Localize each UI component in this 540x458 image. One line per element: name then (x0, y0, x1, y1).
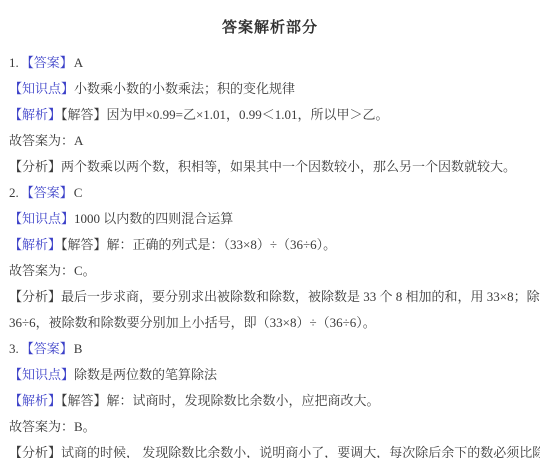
knowledge-tag: 【知识点】 (9, 367, 74, 382)
page-title: 答案解析部分 (0, 0, 540, 36)
solution-text: 解：试商时，发现除数比余数小，应把商改大。 (107, 393, 380, 408)
question-number: 1. (9, 55, 19, 70)
solution-tag: 【解答】 (61, 237, 107, 252)
discussion-line: 【分析】两个数乘以两个数，积相等，如果其中一个因数较小，那么另一个因数就较大。 (9, 154, 536, 180)
conclusion-line: 故答案为：B。 (9, 414, 536, 440)
discussion-text: 最后一步求商，要分别求出被除数和除数，被除数是 33 个 8 相加的和，用 33… (61, 289, 540, 304)
solution-line: 【解析】【解答】解：正确的列式是：（33×8）÷（36÷6）。 (9, 232, 536, 258)
solution-tag: 【解答】 (61, 393, 107, 408)
solution-text: 解：正确的列式是：（33×8）÷（36÷6）。 (107, 237, 337, 252)
discussion-tag: 【分析】 (9, 159, 61, 174)
answer-tag: 【答案】 (21, 341, 73, 356)
answer-line: 1.【答案】A (9, 50, 536, 76)
solution-line: 【解析】【解答】解：试商时，发现除数比余数小，应把商改大。 (9, 388, 536, 414)
knowledge-text: 小数乘小数的小数乘法；积的变化规律 (74, 81, 295, 96)
discussion-tag: 【分析】 (9, 289, 61, 304)
answer-line: 2.【答案】C (9, 180, 536, 206)
knowledge-text: 除数是两位数的笔算除法 (74, 367, 217, 382)
solution-text: 因为甲×0.99=乙×1.01，0.99＜1.01，所以甲＞乙。 (107, 107, 389, 122)
discussion-tag: 【分析】 (9, 445, 61, 458)
answer-value: B (74, 341, 83, 356)
discussion-text: 试商的时候， 发现除数比余数小，说明商小了，要调大，每次除后余下的数必须比除数小… (61, 445, 540, 458)
knowledge-line: 【知识点】除数是两位数的笔算除法 (9, 362, 536, 388)
conclusion-line: 故答案为：A (9, 128, 536, 154)
solution-line: 【解析】【解答】因为甲×0.99=乙×1.01，0.99＜1.01，所以甲＞乙。 (9, 102, 536, 128)
answer-value: C (74, 185, 83, 200)
discussion-text: 两个数乘以两个数，积相等，如果其中一个因数较小，那么另一个因数就较大。 (61, 159, 516, 174)
answer-tag: 【答案】 (21, 185, 73, 200)
question-number: 3. (9, 341, 19, 356)
question-number: 2. (9, 185, 19, 200)
analysis-tag: 【解析】 (9, 107, 61, 122)
document-body: 1.【答案】A 【知识点】小数乘小数的小数乘法；积的变化规律 【解析】【解答】因… (0, 50, 540, 458)
analysis-tag: 【解析】 (9, 393, 61, 408)
answer-line: 3.【答案】B (9, 336, 536, 362)
solution-tag: 【解答】 (61, 107, 107, 122)
discussion-line: 【分析】试商的时候， 发现除数比余数小，说明商小了，要调大，每次除后余下的数必须… (9, 440, 536, 458)
discussion-continuation-line: 36÷6，被除数和除数要分别加上小括号，即（33×8）÷（36÷6）。 (9, 310, 536, 336)
conclusion-line: 故答案为：C。 (9, 258, 536, 284)
answer-value: A (74, 55, 83, 70)
analysis-tag: 【解析】 (9, 237, 61, 252)
knowledge-tag: 【知识点】 (9, 211, 74, 226)
knowledge-line: 【知识点】小数乘小数的小数乘法；积的变化规律 (9, 76, 536, 102)
answer-analysis-document: 答案解析部分 1.【答案】A 【知识点】小数乘小数的小数乘法；积的变化规律 【解… (0, 0, 540, 458)
discussion-line: 【分析】最后一步求商，要分别求出被除数和除数，被除数是 33 个 8 相加的和，… (9, 284, 536, 310)
knowledge-tag: 【知识点】 (9, 81, 74, 96)
answer-tag: 【答案】 (21, 55, 73, 70)
knowledge-text: 1000 以内数的四则混合运算 (74, 211, 233, 226)
knowledge-line: 【知识点】1000 以内数的四则混合运算 (9, 206, 536, 232)
